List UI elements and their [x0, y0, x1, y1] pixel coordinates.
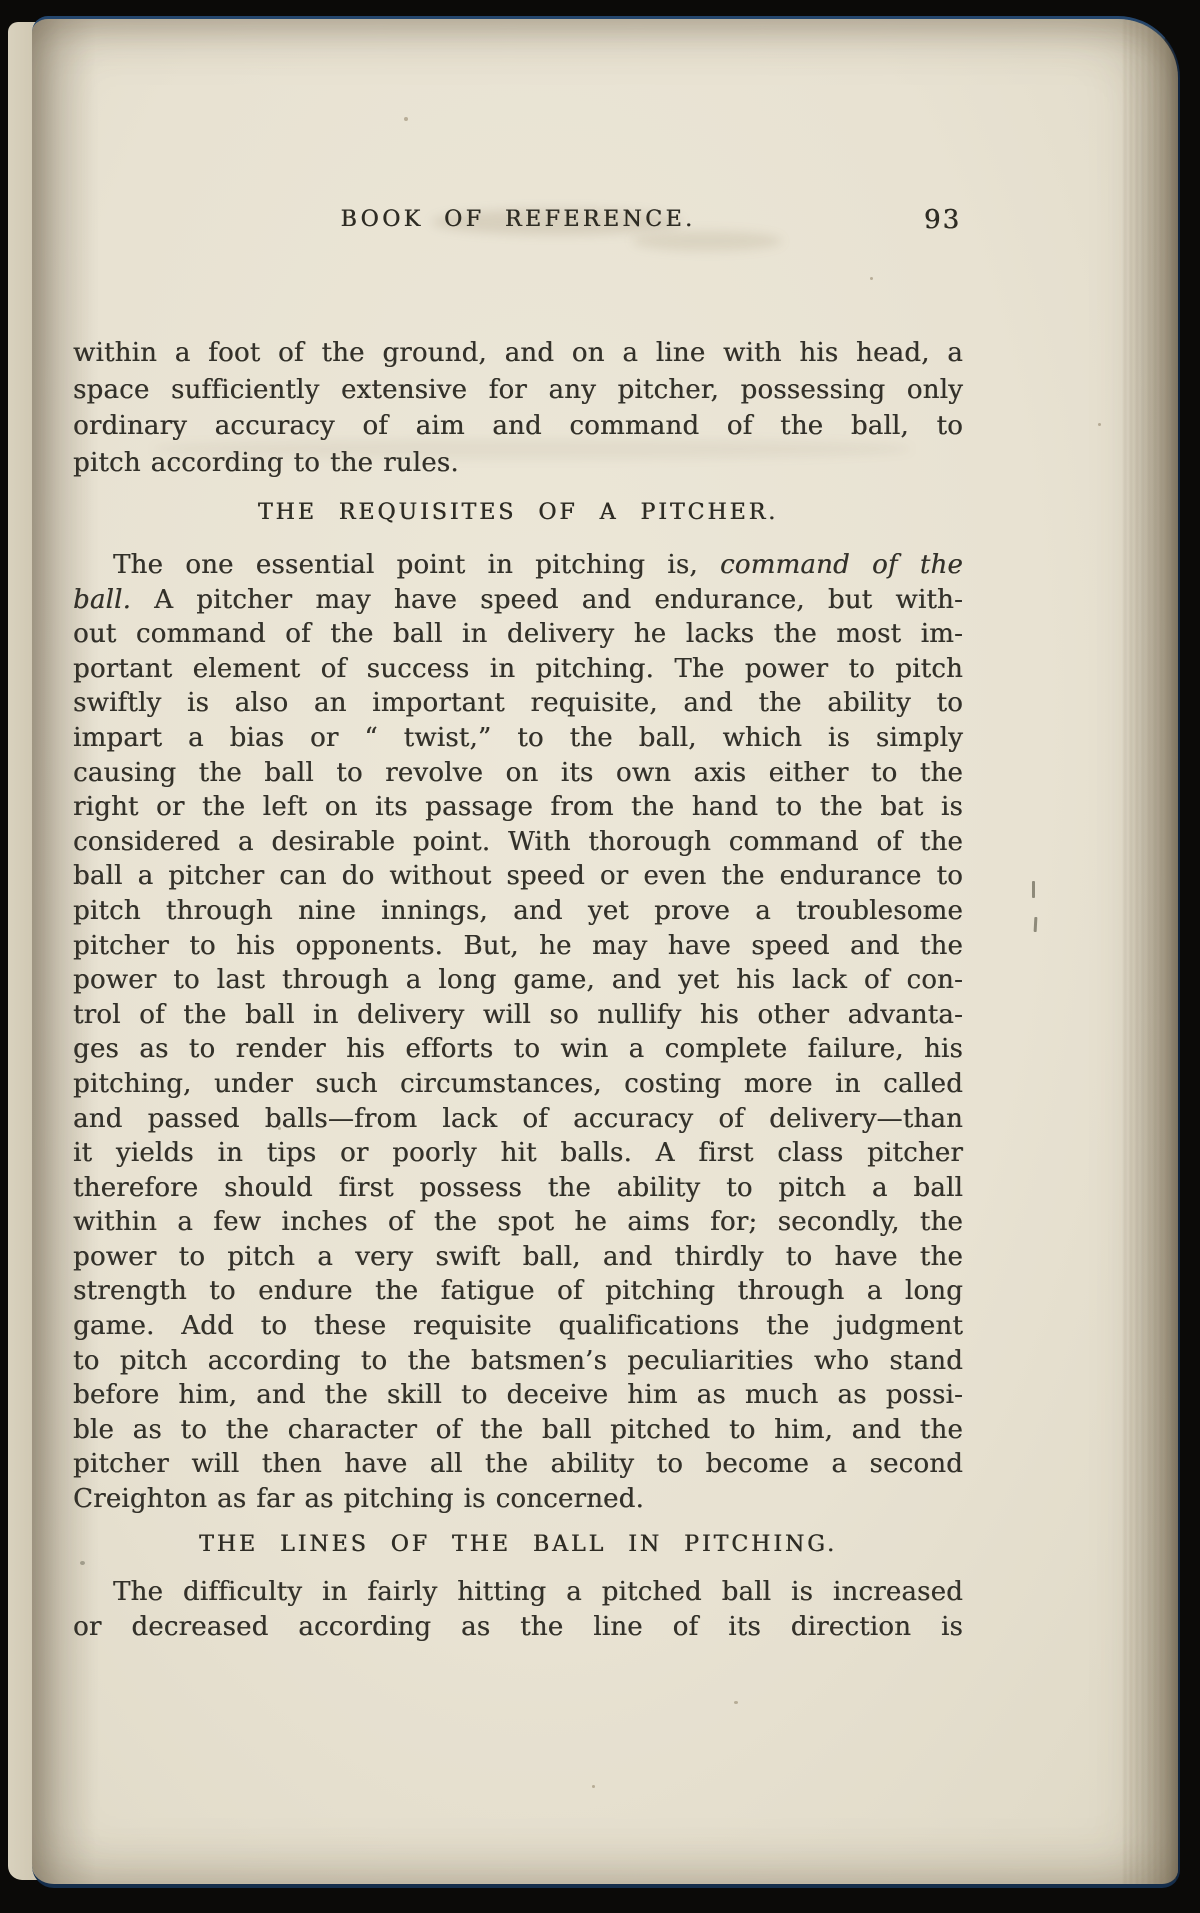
text-line: and passed balls—from lack of accuracy o… [73, 1102, 963, 1137]
scan-artifact-tick [1032, 881, 1035, 898]
text-line: power to pitch a very swift ball, and th… [73, 1240, 963, 1275]
text-line: ble as to the character of the ball pitc… [73, 1413, 963, 1448]
text-line: ball. A pitcher may have speed and endur… [73, 583, 963, 618]
paper-speck [592, 1785, 595, 1788]
text-line: considered a desirable point. With thoro… [73, 825, 963, 860]
text-line: trol of the ball in delivery will so nul… [73, 998, 963, 1033]
running-head: BOOK OF REFERENCE. 93 [73, 207, 963, 239]
text-line: pitcher to his opponents. But, he may ha… [73, 929, 963, 964]
text-line: space sufficiently extensive for any pit… [73, 372, 963, 409]
text-line: before him, and the skill to deceive him… [73, 1378, 963, 1413]
text-line: pitcher will then have all the ability t… [73, 1447, 963, 1482]
text-line: to pitch according to the batsmen’s pecu… [73, 1344, 963, 1379]
text-line: Creighton as far as pitching is concerne… [73, 1482, 963, 1517]
text-line: within a few inches of the spot he aims … [73, 1205, 963, 1240]
paragraph: The one essential point in pitching is, … [73, 548, 963, 1517]
text-line: portant element of success in pitching. … [73, 652, 963, 687]
paper-speck [1098, 423, 1101, 426]
text-line: pitch according to the rules. [73, 445, 963, 482]
text-line: ordinary accuracy of aim and command of … [73, 408, 963, 445]
text-line: it yields in tips or poorly hit balls. A… [73, 1136, 963, 1171]
text-line: game. Add to these requisite qualificati… [73, 1309, 963, 1344]
section-heading: THE LINES OF THE BALL IN PITCHING. [73, 1530, 963, 1560]
text-line: power to last through a long game, and y… [73, 963, 963, 998]
paragraph: within a foot of the ground, and on a li… [73, 335, 963, 481]
text-line: impart a bias or “ twist,” to the ball, … [73, 721, 963, 756]
text-line: swiftly is also an important requisite, … [73, 686, 963, 721]
text-line: The one essential point in pitching is, … [73, 548, 963, 583]
text-block: BOOK OF REFERENCE. 93 within a foot of t… [73, 19, 963, 1645]
text-line: therefore should first possess the abili… [73, 1171, 963, 1206]
text-line: causing the ball to revolve on its own a… [73, 756, 963, 791]
text-line: ball a pitcher can do without speed or e… [73, 859, 963, 894]
scan-backdrop: { "theme": { "backdrop": "#0b0a08", "pap… [0, 0, 1200, 1913]
text-line: within a foot of the ground, and on a li… [73, 335, 963, 372]
page-number: 93 [924, 205, 961, 235]
page-title: BOOK OF REFERENCE. [340, 207, 695, 232]
text-line: right or the left on its passage from th… [73, 790, 963, 825]
text-line: out command of the ball in delivery he l… [73, 617, 963, 652]
text-line: pitch through nine innings, and yet prov… [73, 894, 963, 929]
text-column: within a foot of the ground, and on a li… [73, 335, 963, 1645]
text-line: The difficulty in fairly hitting a pitch… [73, 1575, 963, 1610]
text-line: pitching, under such circumstances, cost… [73, 1067, 963, 1102]
section-heading: THE REQUISITES OF A PITCHER. [73, 498, 963, 528]
paragraph: The difficulty in fairly hitting a pitch… [73, 1575, 963, 1645]
text-line: strength to endure the fatigue of pitchi… [73, 1274, 963, 1309]
text-line: or decreased according as the line of it… [73, 1610, 963, 1645]
scan-artifact-tick [1034, 917, 1038, 932]
book-page: BOOK OF REFERENCE. 93 within a foot of t… [32, 16, 1180, 1888]
text-line: ges as to render his efforts to win a co… [73, 1032, 963, 1067]
paper-speck [734, 1701, 738, 1704]
